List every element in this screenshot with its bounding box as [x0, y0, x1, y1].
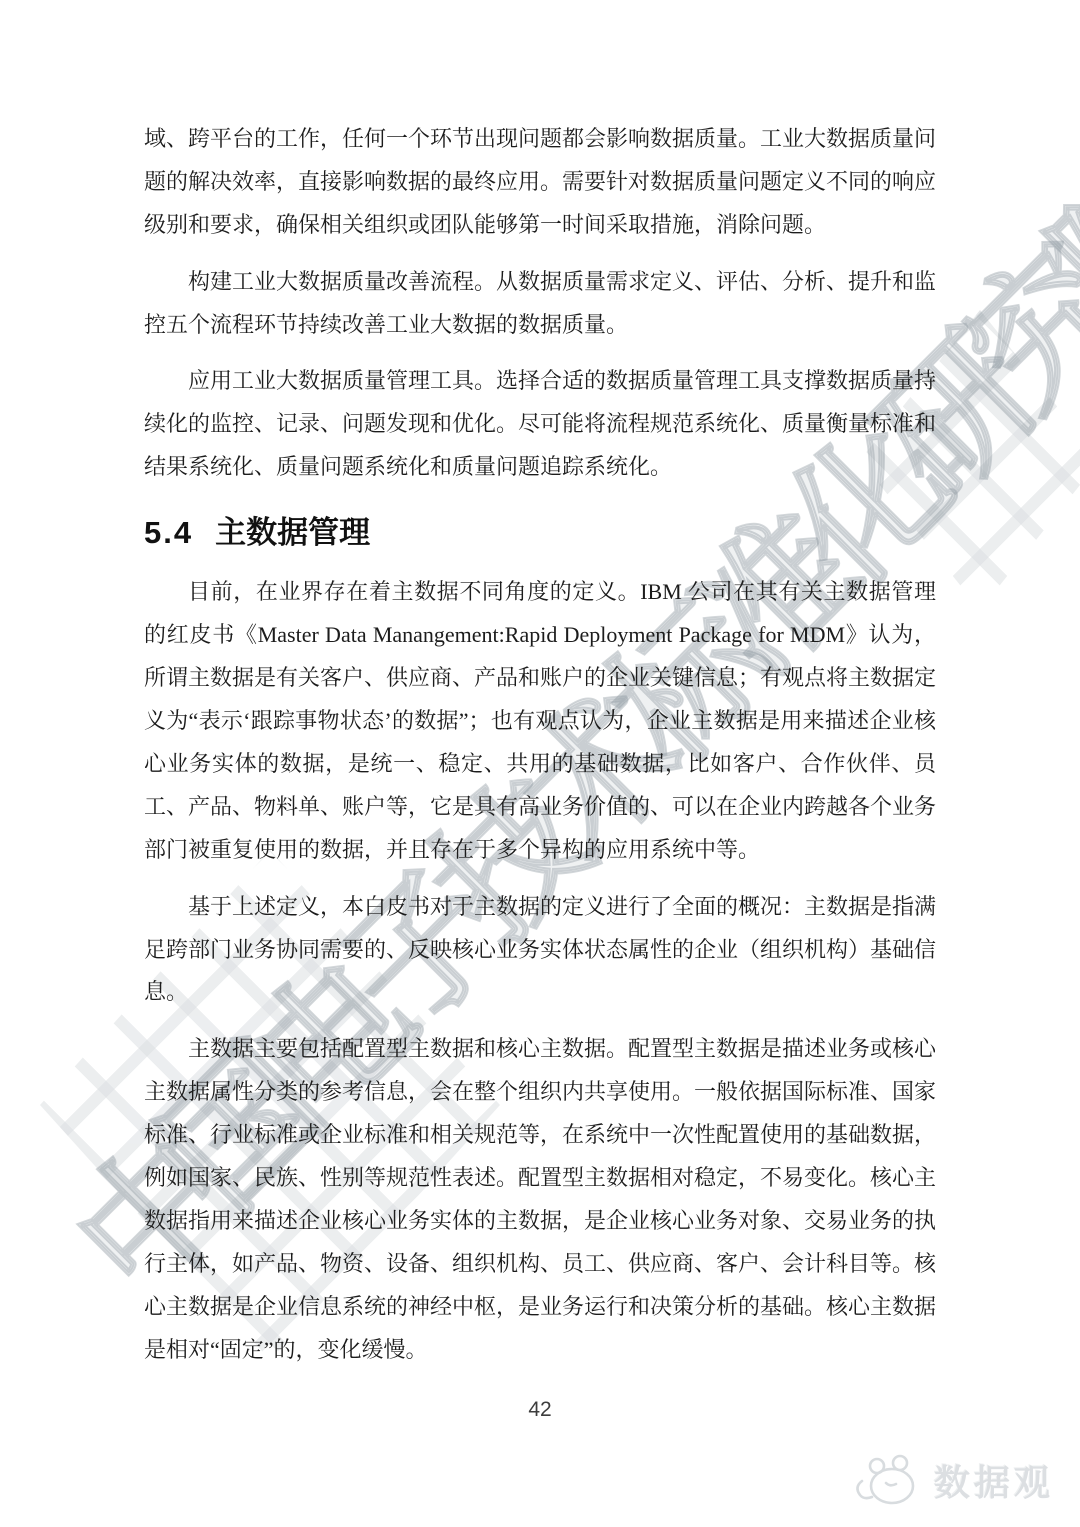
brand-name: 数据观 [934, 1455, 1054, 1506]
brand-logo: 数据观 [850, 1451, 1054, 1509]
page-content: 域、跨平台的工作，任何一个环节出现问题都会影响数据质量。工业大数据质量问题的解决… [144, 118, 936, 1385]
section-heading: 5.4主数据管理 [144, 513, 936, 553]
document-page: 中国电子技术标准化研究院 域、跨平台的工作，任何一个环节出现问题都会影响数据质量… [0, 0, 1080, 1527]
paragraph: 主数据主要包括配置型主数据和核心主数据。配置型主数据是描述业务或核心主数据属性分… [144, 1028, 936, 1371]
paragraph: 构建工业大数据质量改善流程。从数据质量需求定义、评估、分析、提升和监控五个流程环… [144, 261, 936, 347]
section-number: 5.4 [144, 515, 193, 550]
paragraph: 基于上述定义，本白皮书对于主数据的定义进行了全面的概况：主数据是指满足跨部门业务… [144, 886, 936, 1015]
paragraph-continuation: 域、跨平台的工作，任何一个环节出现问题都会影响数据质量。工业大数据质量问题的解决… [144, 118, 936, 247]
paragraph: 目前，在业界存在着主数据不同角度的定义。IBM 公司在其有关主数据管理的红皮书《… [144, 571, 936, 871]
panda-mascot-icon [850, 1451, 924, 1509]
paragraph: 应用工业大数据质量管理工具。选择合适的数据质量管理工具支撑数据质量持续化的监控、… [144, 360, 936, 489]
section-title: 主数据管理 [215, 515, 370, 550]
page-number: 42 [0, 1398, 1080, 1422]
